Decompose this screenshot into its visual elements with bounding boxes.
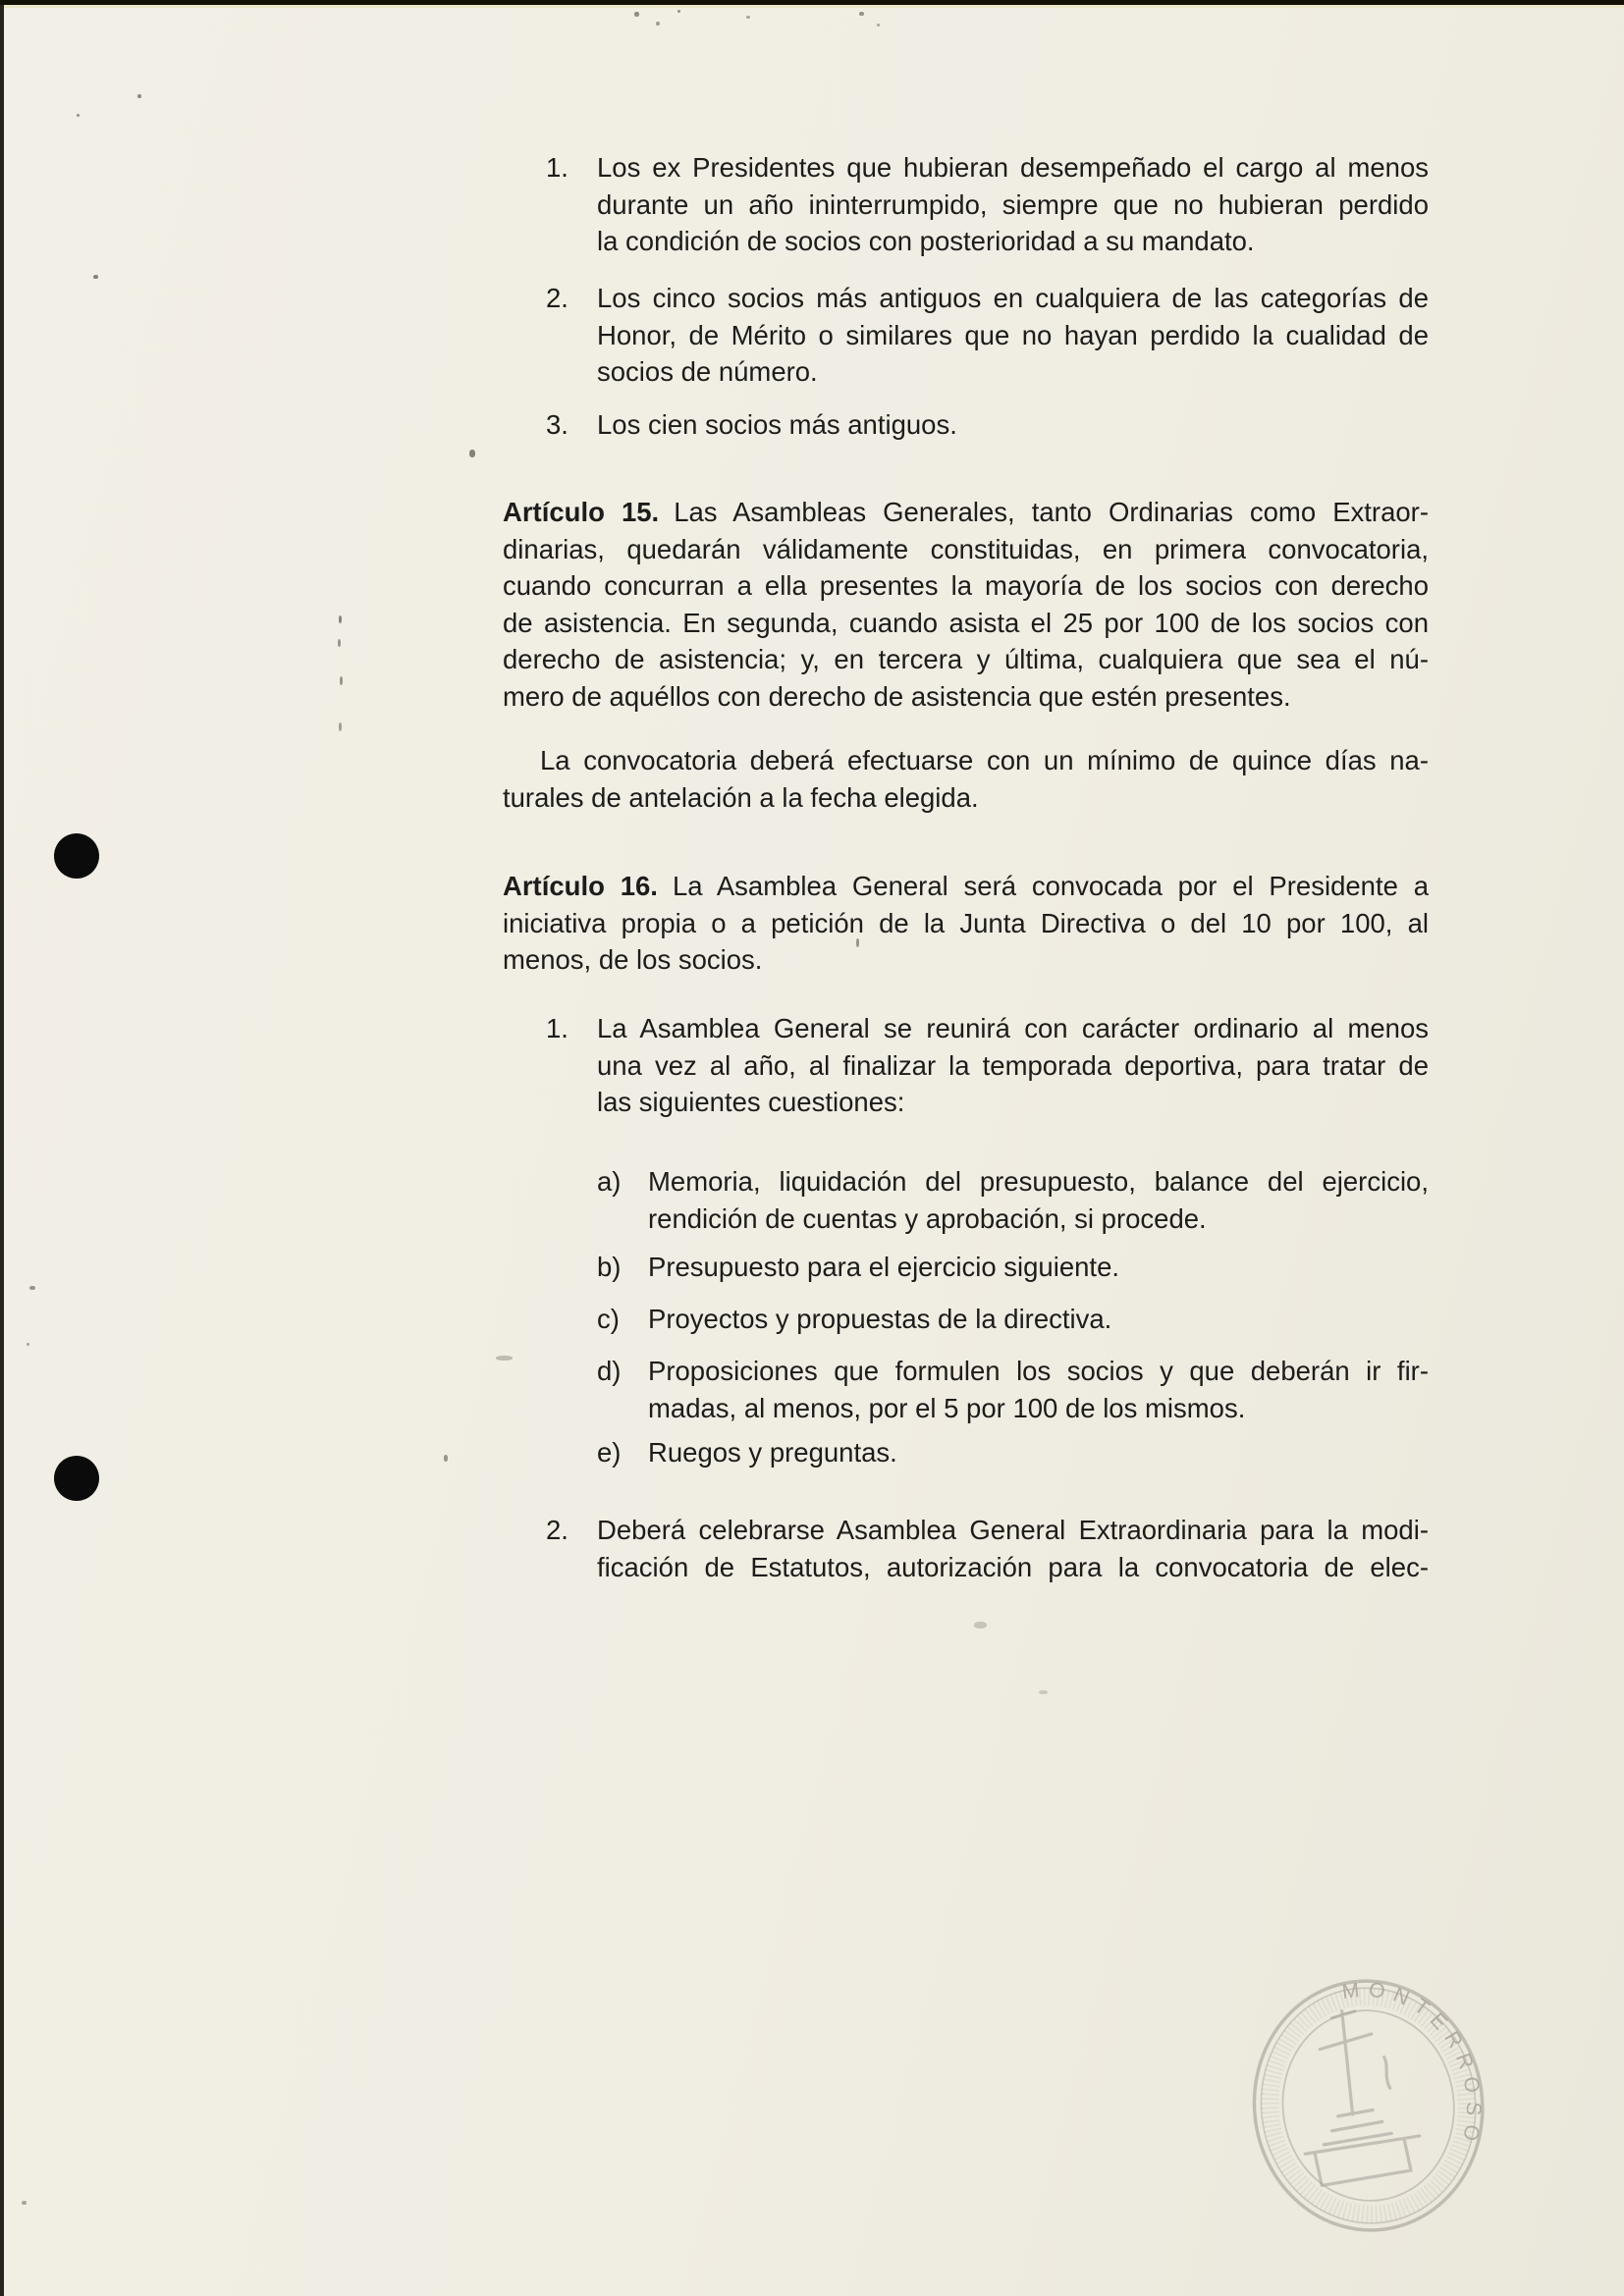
list-item-1: 1. Los ex Presidentes que hubieran desem…: [597, 149, 1429, 260]
speckle: [339, 722, 342, 731]
articulo-15-body: dinarias, quedarán válidamente constitui…: [503, 531, 1429, 716]
sub-item-b: b) Presupuesto para el ejercicio siguien…: [648, 1249, 1429, 1286]
numbered-item-text: La Asamblea General se reunirá con carác…: [597, 1010, 1429, 1121]
speckle: [93, 275, 98, 279]
articulo-16-body: iniciativa propia o a petición de la Jun…: [503, 905, 1429, 979]
speckle: [496, 1356, 513, 1361]
list-marker: c): [597, 1301, 620, 1338]
speckle: [1039, 1690, 1048, 1694]
speckle: [856, 938, 859, 947]
speckle: [656, 22, 660, 26]
list-item-text: Los ex Presidentes que hubieran desempeñ…: [597, 149, 1429, 260]
articulo-16-paragraph: Artículo 16.La Asamblea General será con…: [503, 868, 1429, 979]
speckle: [859, 12, 864, 16]
list-marker: 2.: [546, 280, 568, 317]
speckle: [338, 639, 341, 647]
speckle: [877, 24, 880, 27]
articulo-15-first-line: Las Asambleas Generales, tanto Ordinaria…: [674, 497, 1429, 527]
convocatoria-text: La convocatoria deberá efectuarse con un…: [503, 742, 1429, 816]
articulo-16-first-line: La Asamblea General será convocada por e…: [673, 871, 1429, 901]
sub-item-text: Presupuesto para el ejercicio siguiente.: [648, 1249, 1429, 1286]
speckle: [22, 2201, 27, 2205]
stamp-text: MONTERROSO: [1341, 1965, 1491, 2164]
speckle: [634, 12, 639, 17]
numbered-item-1: 1. La Asamblea General se reunirá con ca…: [597, 1010, 1429, 1121]
speckle: [27, 1343, 29, 1346]
speckle: [746, 16, 750, 19]
sub-item-e: e) Ruegos y preguntas.: [648, 1434, 1429, 1471]
numbered-item-2: 2. Deberá celebrarse Asamblea General Ex…: [597, 1512, 1429, 1585]
list-item-text: Los cinco socios más antiguos en cualqui…: [597, 280, 1429, 391]
sub-item-text: Ruegos y preguntas.: [648, 1434, 1429, 1471]
list-marker: d): [597, 1353, 621, 1390]
articulo-15-paragraph: Artículo 15.Las Asambleas Generales, tan…: [503, 494, 1429, 715]
list-marker: 1.: [546, 1010, 568, 1047]
sub-item-c: c) Proyectos y propuestas de la directiv…: [648, 1301, 1429, 1338]
speckle: [677, 10, 680, 13]
list-marker: 1.: [546, 149, 568, 187]
list-marker: 3.: [546, 406, 568, 444]
articulo-16-heading: Artículo 16.: [503, 871, 658, 901]
convocatoria-paragraph: La convocatoria deberá efectuarse con un…: [503, 742, 1429, 816]
hole-punch-top: [54, 833, 99, 879]
list-marker: a): [597, 1163, 621, 1201]
list-item-3: 3. Los cien socios más antiguos.: [597, 406, 1429, 444]
club-stamp: MONTERROSO: [1217, 1949, 1521, 2267]
list-marker: 2.: [546, 1512, 568, 1549]
scan-edge-left: [0, 0, 4, 2296]
speckle: [29, 1286, 35, 1290]
hole-punch-bottom: [54, 1456, 99, 1501]
sub-item-text: Proyectos y propuestas de la directiva.: [648, 1301, 1429, 1338]
sub-item-a: a) Memoria, liquidación del presupuesto,…: [648, 1163, 1429, 1237]
articulo-15-heading: Artículo 15.: [503, 497, 659, 527]
speckle: [974, 1622, 987, 1629]
speckle: [469, 450, 475, 457]
list-marker: e): [597, 1434, 621, 1471]
scanned-document-page: 1. Los ex Presidentes que hubieran desem…: [0, 0, 1624, 2296]
list-item-2: 2. Los cinco socios más antiguos en cual…: [597, 280, 1429, 391]
speckle: [340, 676, 343, 685]
club-stamp-graphic: MONTERROSO: [1217, 1949, 1521, 2267]
speckle: [339, 615, 342, 623]
list-item-text: Los cien socios más antiguos.: [597, 406, 1429, 444]
sub-item-text: Memoria, liquidación del presupuesto, ba…: [648, 1163, 1429, 1237]
numbered-item-text: Deberá celebrarse Asamblea General Extra…: [597, 1512, 1429, 1585]
speckle: [77, 114, 80, 117]
sub-item-text: Proposiciones que formulen los socios y …: [648, 1353, 1429, 1426]
list-marker: b): [597, 1249, 621, 1286]
speckle: [137, 94, 141, 98]
scan-edge-top-tint: [0, 5, 1624, 8]
sub-item-d: d) Proposiciones que formulen los socios…: [648, 1353, 1429, 1426]
stamp-cross-monument: [1288, 2003, 1424, 2187]
speckle: [444, 1455, 448, 1462]
